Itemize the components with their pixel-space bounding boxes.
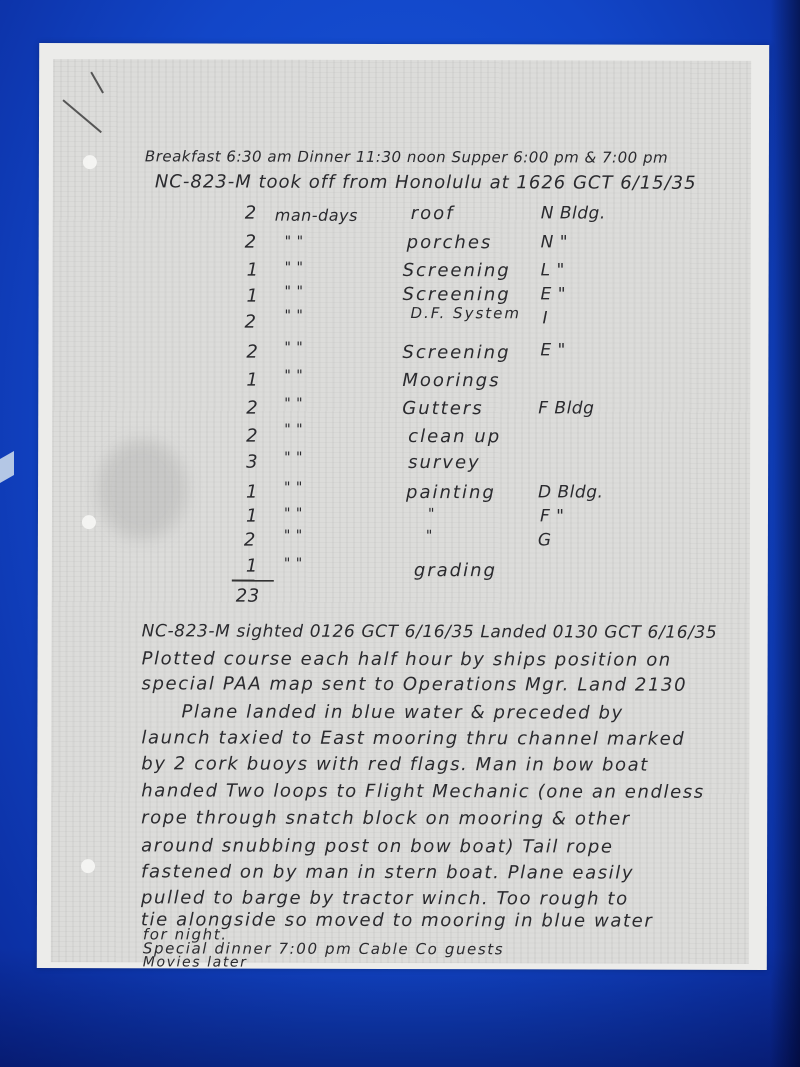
unit-cell: man-days — [275, 206, 358, 225]
background-shadow — [770, 0, 800, 1067]
count-cell: 1 — [247, 260, 259, 281]
unit-cell: " " — [284, 556, 303, 572]
narrative-line: handed Two loops to Flight Mechanic (one… — [141, 780, 705, 802]
meal-times-line: Breakfast 6:30 am Dinner 11:30 noon Supp… — [145, 147, 668, 166]
task-cell: Moorings — [402, 370, 500, 391]
building-cell: F " — [540, 506, 565, 526]
count-cell: 2 — [244, 530, 256, 551]
narrative-line: around snubbing post on bow boat) Tail r… — [141, 835, 614, 857]
task-cell: Screening — [403, 260, 511, 281]
unit-cell: " " — [284, 480, 303, 496]
narrative-line: rope through snatch block on mooring & o… — [141, 807, 631, 829]
building-cell: N Bldg. — [541, 203, 606, 223]
unit-cell: " " — [284, 396, 303, 412]
table-row: 2 " " Gutters F Bldg — [53, 59, 751, 61]
task-cell: roof — [411, 203, 455, 224]
narrative-line: by 2 cork buoys with red flags. Man in b… — [141, 753, 649, 775]
count-cell: 1 — [246, 482, 258, 503]
punch-hole-middle — [82, 515, 96, 529]
takeoff-line: NC-823-M took off from Honolulu at 1626 … — [155, 171, 697, 193]
total-cell: 23 — [236, 586, 260, 607]
work-table: 2 man-days roof N Bldg. 2 " " porches N … — [53, 59, 751, 61]
count-cell: 2 — [244, 312, 256, 333]
count-cell: 2 — [246, 398, 258, 419]
count-cell: 2 — [245, 232, 257, 253]
task-cell: survey — [408, 452, 481, 473]
count-cell: 1 — [247, 286, 259, 307]
building-cell: F Bldg — [538, 398, 594, 418]
smudge-mark — [97, 439, 187, 539]
building-cell: E " — [541, 284, 567, 304]
narrative-line: special PAA map sent to Operations Mgr. … — [142, 673, 688, 695]
unit-cell: " " — [284, 308, 303, 324]
building-cell: L " — [541, 260, 565, 280]
sum-rule — [232, 580, 274, 582]
table-row: 3 " " survey — [53, 59, 751, 61]
table-row: 2 " " Screening E " — [53, 59, 751, 61]
unit-cell: " " — [284, 368, 303, 384]
count-cell: 2 — [246, 342, 258, 363]
unit-cell: " " — [284, 506, 303, 522]
count-cell: 2 — [245, 203, 257, 224]
building-cell: I — [542, 308, 548, 328]
count-cell: 3 — [246, 452, 258, 473]
task-cell: grading — [414, 560, 497, 581]
task-cell: clean up — [408, 426, 501, 447]
unit-cell: " " — [285, 260, 304, 276]
unit-cell: " " — [285, 284, 304, 300]
task-cell: porches — [407, 232, 493, 253]
unit-cell: " " — [284, 528, 303, 544]
narrative-line: Movies later — [143, 954, 248, 970]
count-cell: 1 — [246, 370, 258, 391]
task-cell: Screening — [403, 284, 511, 305]
table-row: 2 " " clean up — [53, 59, 751, 61]
punch-hole-top — [83, 155, 97, 169]
building-cell: D Bldg. — [538, 482, 603, 502]
task-cell: painting — [406, 482, 496, 503]
building-cell: E " — [540, 340, 566, 360]
narrative-line: pulled to barge by tractor winch. Too ro… — [141, 887, 629, 909]
table-row: 2 " " D.F. System I — [53, 59, 751, 61]
pencil-mark — [90, 72, 104, 94]
count-cell: 2 — [246, 426, 258, 447]
paper-scrap — [0, 451, 14, 483]
narrative-line: Plane landed in blue water & preceded by — [181, 701, 623, 723]
narrative-block: NC-823-M sighted 0126 GCT 6/16/35 Landed… — [53, 59, 751, 61]
count-cell: 1 — [246, 556, 258, 577]
narrative-line: fastened on by man in stern boat. Plane … — [141, 861, 634, 883]
narrative-line: Plotted course each half hour by ships p… — [142, 648, 672, 670]
table-row: 1 " " Moorings — [53, 59, 751, 61]
table-row: 1 " " " F " — [53, 59, 751, 61]
unit-cell: " " — [284, 422, 303, 438]
building-cell: N " — [541, 232, 569, 252]
unit-cell: " " — [285, 234, 304, 250]
unit-cell: " " — [284, 450, 303, 466]
unit-cell: " " — [284, 340, 303, 356]
table-row: 1 " " Screening E " — [53, 59, 751, 61]
table-row: 1 " " Screening L " — [53, 59, 751, 61]
photocopy-area: Breakfast 6:30 am Dinner 11:30 noon Supp… — [51, 59, 751, 964]
task-cell: D.F. System — [410, 304, 521, 322]
building-cell: G — [538, 530, 552, 550]
table-row: 2 " " porches N " — [53, 59, 751, 61]
task-cell: Gutters — [402, 398, 483, 419]
task-cell: " — [428, 506, 436, 522]
table-row: 2 " " " G — [53, 59, 751, 61]
table-row: 1 " " grading — [53, 59, 751, 61]
table-row: 2 man-days roof N Bldg. — [53, 59, 751, 61]
table-row: 1 " " painting D Bldg. — [53, 59, 751, 61]
narrative-line: launch taxied to East mooring thru chann… — [141, 727, 685, 749]
narrative-line: NC-823-M sighted 0126 GCT 6/16/35 Landed… — [142, 621, 718, 643]
count-cell: 1 — [246, 506, 258, 527]
task-cell: " — [426, 528, 434, 544]
punch-hole-bottom — [81, 859, 95, 873]
document-page: Breakfast 6:30 am Dinner 11:30 noon Supp… — [37, 43, 769, 970]
task-cell: Screening — [402, 342, 510, 363]
pencil-mark — [62, 99, 102, 133]
